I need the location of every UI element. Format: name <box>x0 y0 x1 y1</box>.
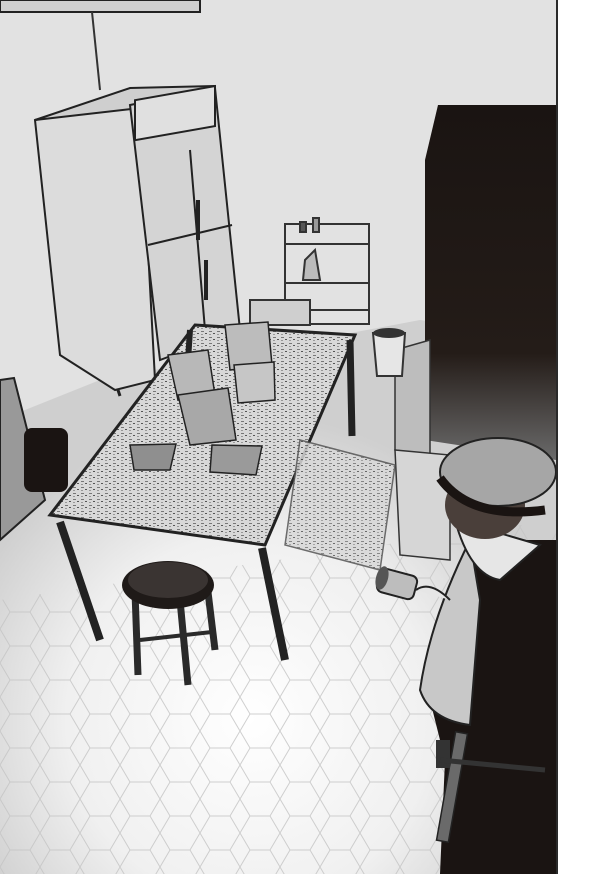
bucket <box>373 328 405 376</box>
scene-illustration <box>0 0 556 874</box>
chair <box>250 300 310 325</box>
manga-panel <box>0 0 558 874</box>
page-margin <box>558 0 615 874</box>
